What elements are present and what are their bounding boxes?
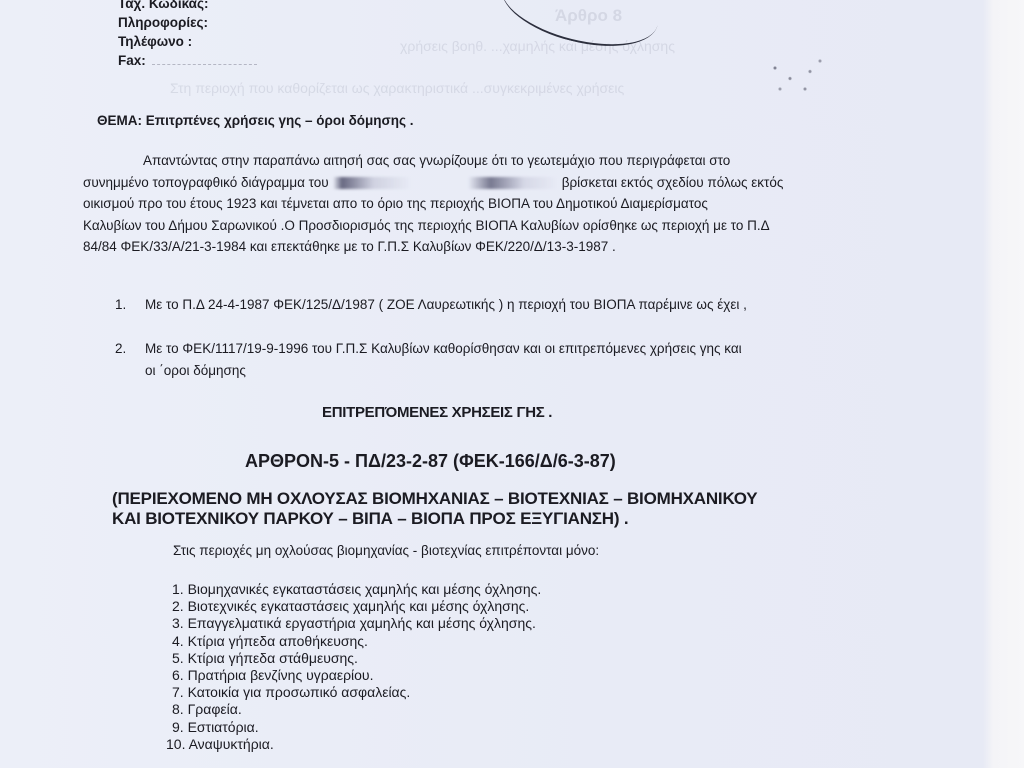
- info-label: Πληροφορίες:: [118, 13, 208, 32]
- permitted-use-item: 6. Πρατήρια βενζίνης υγραερίου.: [172, 667, 541, 684]
- bleed-through-line: χρήσεις βοηθ. ...χαμηλής και μέσης όχλησ…: [400, 38, 675, 54]
- item-text-continuation: οι ΄οροι δόμησης: [115, 360, 895, 382]
- postal-code-label: Ταχ. Κώδικας:: [118, 0, 209, 13]
- permitted-use-item: 3. Επαγγελματικά εργαστήρια χαμηλής και …: [172, 615, 541, 632]
- body-line: 84/84 ΦΕΚ/33/Α/21-3-1984 και επεκτάθηκε …: [83, 236, 903, 258]
- item-text: Με το Π.Δ 24-4-1987 ΦΕΚ/125/Δ/1987 ( ΖΟΕ…: [145, 297, 747, 312]
- permitted-uses-heading: ΕΠΙΤΡΕΠΌΜΕΝΕΣ ΧΡΗΣΕΙΣ ΓΗΣ .: [322, 404, 552, 421]
- fax-label: Fax:: [118, 51, 146, 70]
- body-line: οικισμού προ του έτους 1923 και τέμνεται…: [83, 193, 903, 215]
- permitted-use-item: 1. Βιομηχανικές εγκαταστάσεις χαμηλής κα…: [172, 581, 541, 598]
- body-line: Απαντώντας στην παραπάνω αιτησή σας σας …: [83, 150, 903, 172]
- item-text: Με το ΦΕΚ/1117/19-9-1996 του Γ.Π.Σ Καλυβ…: [145, 341, 742, 356]
- permitted-use-item: 10. Αναψυκτήρια.: [166, 736, 541, 753]
- permitted-use-item: 9. Εστιατόρια.: [172, 719, 541, 736]
- body-paragraph: Απαντώντας στην παραπάνω αιτησή σας σας …: [83, 150, 903, 258]
- pen-stroke-mark: [494, 0, 667, 60]
- phone-row: Τηλέφωνο :: [118, 32, 257, 51]
- content-heading-line: ΚΑΙ ΒΙΟΤΕΧΝΙΚΟΥ ΠΑΡΚΟΥ – ΒΙΠΑ – ΒΙΟΠΑ ΠΡ…: [112, 509, 892, 529]
- postal-code-row: Ταχ. Κώδικας:: [118, 0, 257, 13]
- permitted-uses-list: 1. Βιομηχανικές εγκαταστάσεις χαμηλής κα…: [172, 581, 541, 753]
- bleed-through-line: Στη περιοχή που καθορίζεται ως χαρακτηρι…: [170, 80, 624, 96]
- numbered-item-2: 2.Με το ΦΕΚ/1117/19-9-1996 του Γ.Π.Σ Καλ…: [115, 338, 895, 382]
- scan-specks: [750, 40, 850, 110]
- phone-label: Τηλέφωνο :: [118, 32, 192, 51]
- content-heading-line: (ΠΕΡΙΕΧΟΜΕΝΟ ΜΗ ΟΧΛΟΥΣΑΣ ΒΙΟΜΗΧΑΝΙΑΣ – Β…: [112, 489, 892, 509]
- permitted-use-item: 8. Γραφεία.: [172, 701, 541, 718]
- content-heading: (ΠΕΡΙΕΧΟΜΕΝΟ ΜΗ ΟΧΛΟΥΣΑΣ ΒΙΟΜΗΧΑΝΙΑΣ – Β…: [112, 489, 892, 529]
- permitted-use-item: 5. Κτίρια γήπεδα στάθμευσης.: [172, 650, 541, 667]
- body-line-segment: συνημμένο τοπογραφθικό διάγραμμα του: [83, 175, 329, 190]
- body-line: Καλυβίων του Δήμου Σαρωνικού .Ο Προσδιορ…: [83, 215, 903, 237]
- article-heading: ΑΡΘΡΟΝ-5 - ΠΔ/23-2-87 (ΦΕΚ-166/Δ/6-3-87): [245, 451, 616, 472]
- redacted-owner-name: [333, 177, 558, 189]
- item-number: 1.: [115, 294, 145, 316]
- redacted-fax-value: [152, 54, 257, 65]
- uses-intro: Στις περιοχές μη οχλούσας βιομηχανίας - …: [173, 543, 599, 558]
- subject-line: ΘΕΜΑ: Επιτρπένες χρήσεις γης – όροι δόμη…: [97, 113, 414, 128]
- scanned-document-page: Άρθρο 8 χρήσεις βοηθ. ...χαμηλής και μέσ…: [0, 0, 1024, 768]
- info-row: Πληροφορίες:: [118, 13, 257, 32]
- permitted-use-item: 2. Βιοτεχνικές εγκαταστάσεις χαμηλής και…: [172, 598, 541, 615]
- item-number: 2.: [115, 338, 145, 360]
- permitted-use-item: 4. Κτίρια γήπεδα αποθήκευσης.: [172, 633, 541, 650]
- bleed-through-heading: Άρθρο 8: [555, 6, 622, 26]
- body-line-segment: βρίσκεται εκτός σχεδίου πόλως εκτός: [562, 175, 784, 190]
- contact-header: Ταχ. Κώδικας: Πληροφορίες: Τηλέφωνο : Fa…: [118, 0, 257, 70]
- body-line: συνημμένο τοπογραφθικό διάγραμμα τουβρίσ…: [83, 172, 903, 194]
- numbered-item-1: 1.Με το Π.Δ 24-4-1987 ΦΕΚ/125/Δ/1987 ( Ζ…: [115, 294, 895, 316]
- fax-row: Fax:: [118, 51, 257, 70]
- permitted-use-item: 7. Κατοικία για προσωπικό ασφαλείας.: [172, 684, 541, 701]
